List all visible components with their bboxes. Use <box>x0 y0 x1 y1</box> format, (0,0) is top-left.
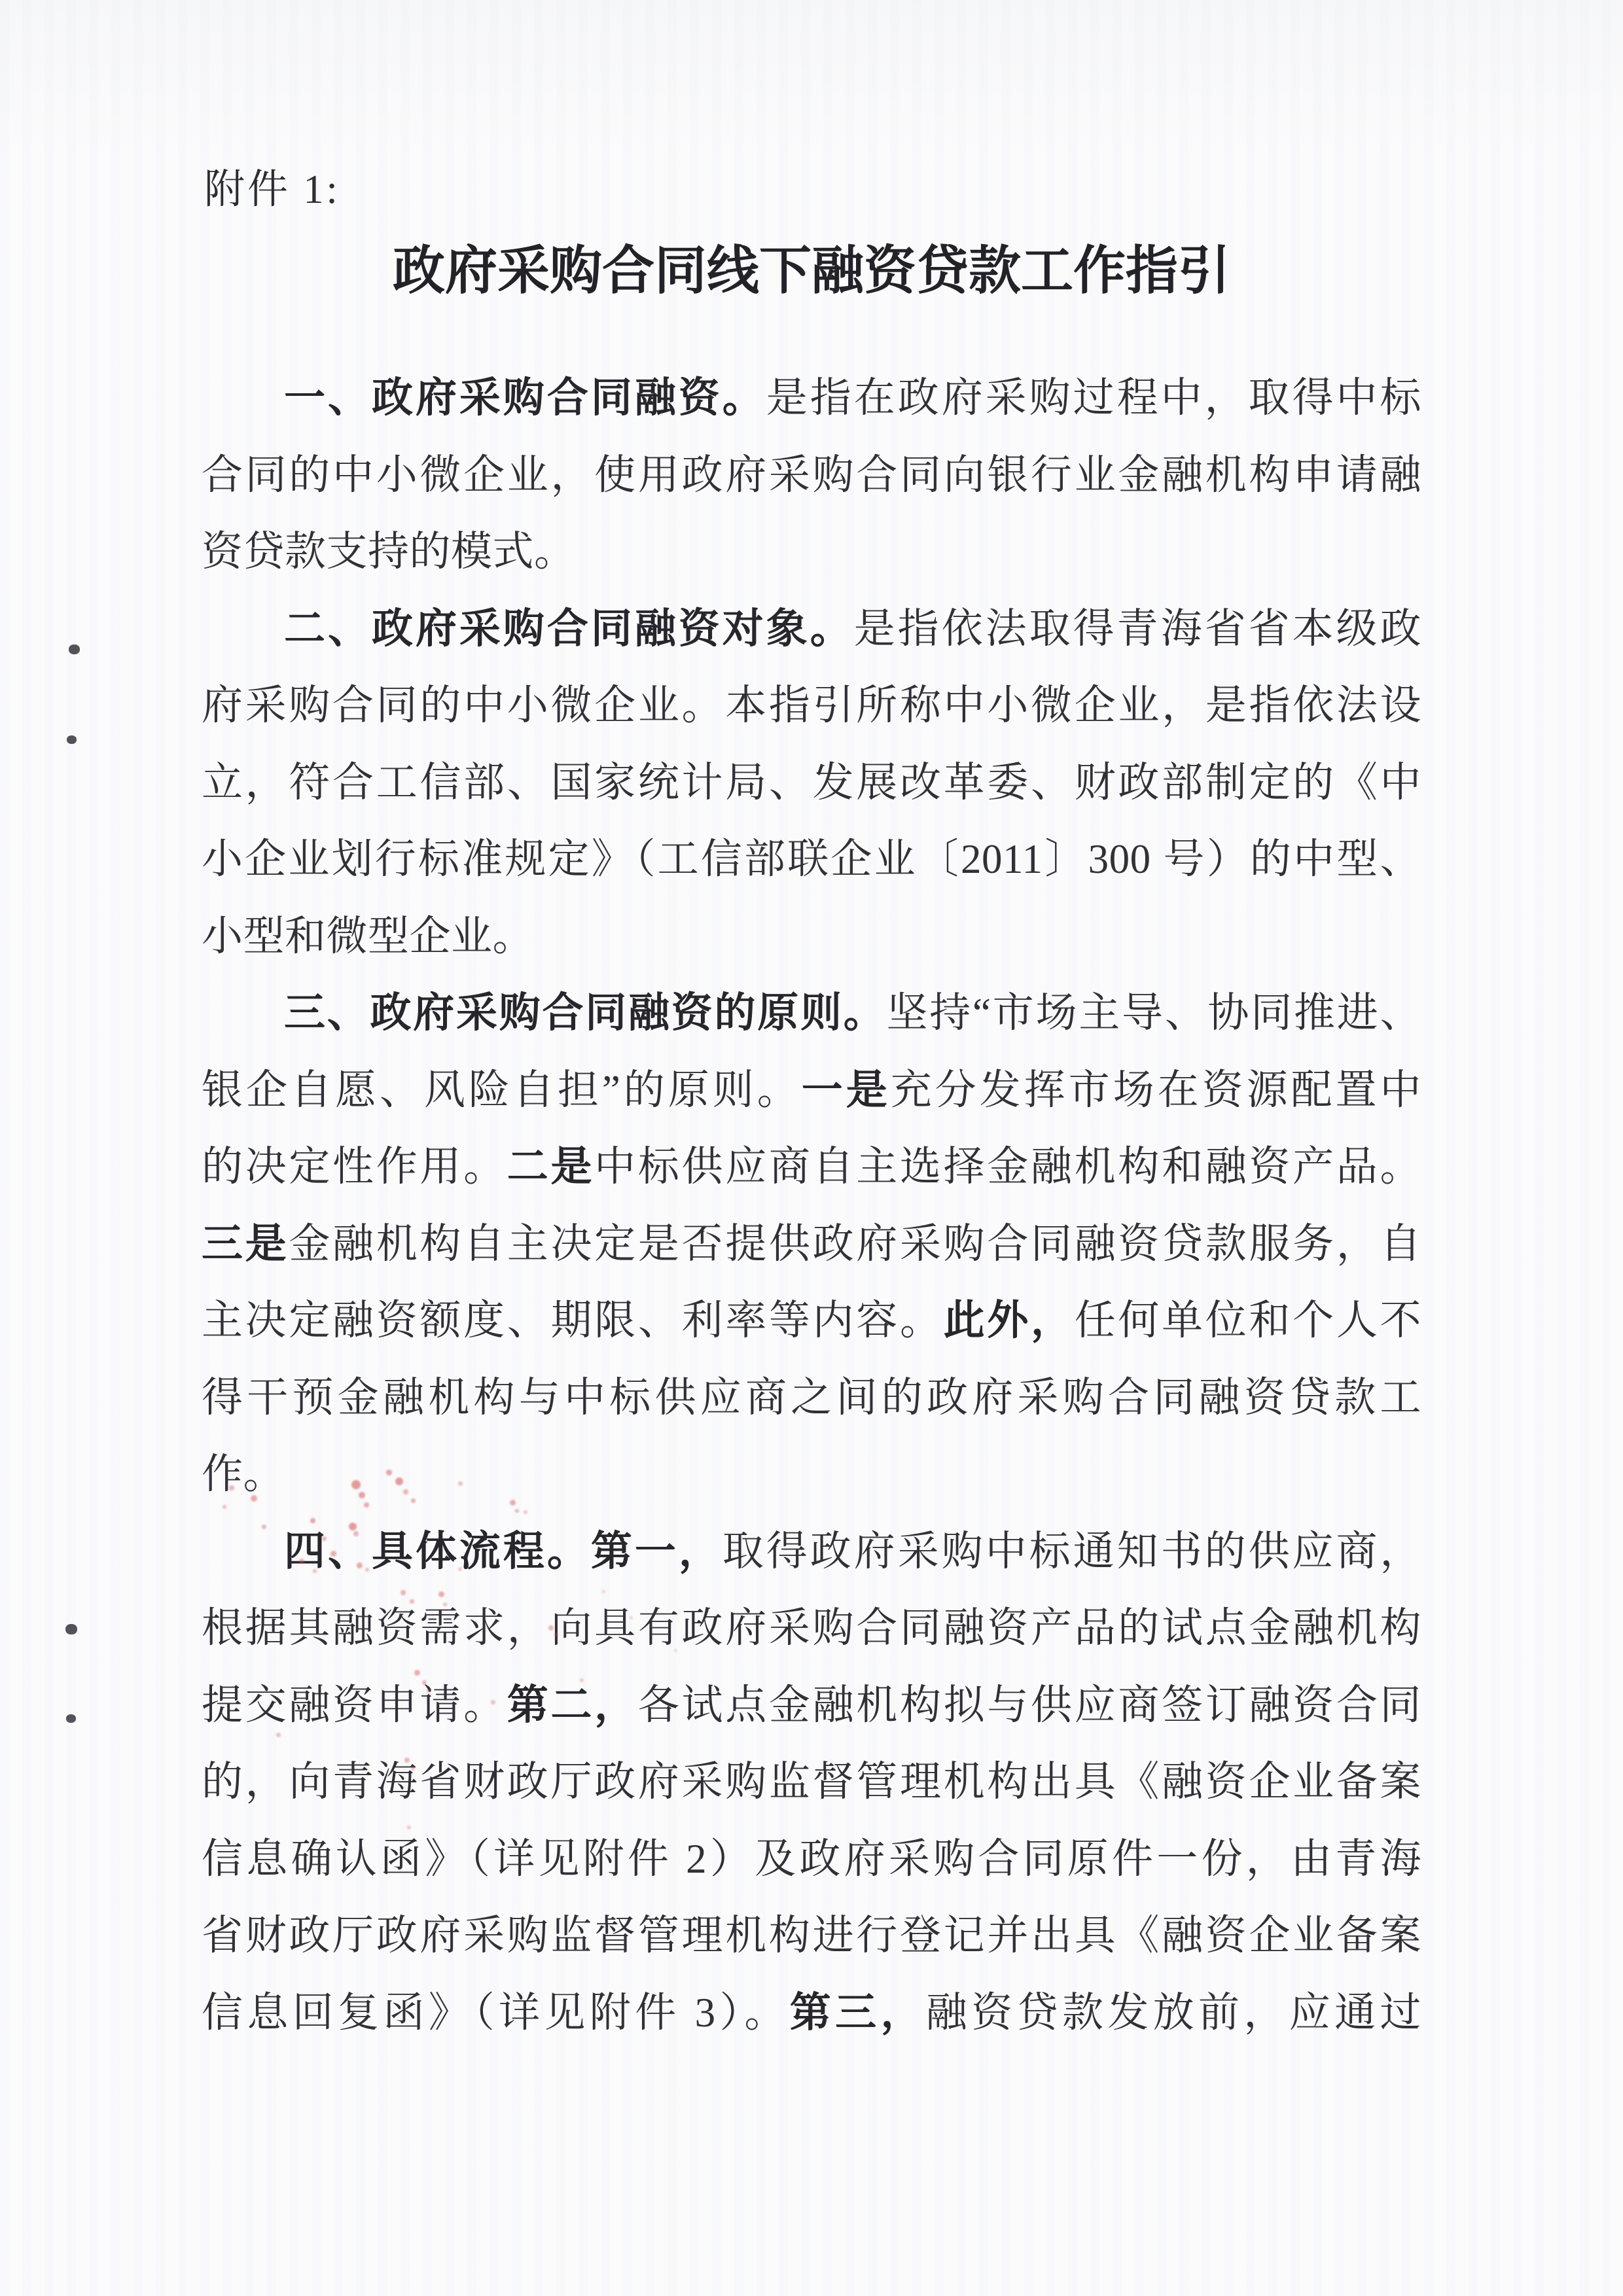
text-run: 作。 <box>202 1451 285 1497</box>
text-run: 信息回复函》（详见附件 3）。 <box>202 1990 790 2036</box>
text-run: 是指在政府采购过程中，取得中标 <box>766 375 1421 421</box>
text-run: 取得政府采购中标通知书的供应商， <box>722 1528 1421 1574</box>
document-title: 政府采购合同线下融资贷款工作指引 <box>0 237 1623 305</box>
scanned-document-page: 附件 1: 政府采购合同线下融资贷款工作指引 一、政府采购合同融资。是指在政府采… <box>0 0 1623 2296</box>
text-run: 得干预金融机构与中标供应商之间的政府采购合同融资贷款工 <box>202 1375 1421 1421</box>
text-line: 提交融资申请。第二，各试点金融机构拟与供应商签订融资合同 <box>202 1667 1421 1744</box>
bold-run: 第二， <box>507 1682 638 1728</box>
text-run: 提交融资申请。 <box>202 1682 507 1728</box>
text-line: 二、政府采购合同融资对象。是指依法取得青海省省本级政 <box>202 591 1421 668</box>
bold-run: 一、政府采购合同融资。 <box>284 375 766 421</box>
text-run: 根据其融资需求，向具有政府采购合同融资产品的试点金融机构 <box>202 1605 1421 1651</box>
text-line: 一、政府采购合同融资。是指在政府采购过程中，取得中标 <box>202 360 1421 437</box>
text-run: 是指依法取得青海省省本级政 <box>854 606 1421 652</box>
text-run: 合同的中小微企业，使用政府采购合同向银行业金融机构申请融 <box>202 452 1421 498</box>
text-line: 主决定融资额度、期限、利率等内容。此外，任何单位和个人不 <box>202 1282 1421 1360</box>
text-run: 充分发挥市场在资源配置中 <box>891 1067 1421 1113</box>
text-line: 三、政府采购合同融资的原则。坚持“市场主导、协同推进、 <box>202 975 1421 1052</box>
text-line: 立，符合工信部、国家统计局、发展改革委、财政部制定的《中 <box>202 745 1421 822</box>
text-run: 融资贷款发放前，应通过 <box>926 1990 1421 2036</box>
bold-run: 此外， <box>944 1298 1075 1343</box>
text-line: 省财政厅政府采购监督管理机构进行登记并出具《融资企业备案 <box>202 1898 1421 1975</box>
text-run: 省财政厅政府采购监督管理机构进行登记并出具《融资企业备案 <box>202 1913 1421 1958</box>
text-run: 坚持“市场主导、协同推进、 <box>887 990 1421 1036</box>
text-run: 资贷款支持的模式。 <box>202 529 576 574</box>
text-run: 银企自愿、风险自担”的原则。 <box>202 1067 802 1113</box>
bold-run: 第三， <box>790 1990 926 2036</box>
text-line: 资贷款支持的模式。 <box>202 514 1421 591</box>
text-run: 各试点金融机构拟与供应商签订融资合同 <box>638 1682 1421 1728</box>
text-line: 小企业划行标准规定》（工信部联企业〔2011〕300 号）的中型、 <box>202 821 1421 898</box>
attachment-label: 附件 1: <box>204 162 340 217</box>
bold-run: 二是 <box>507 1144 594 1190</box>
bold-run: 二、政府采购合同融资对象。 <box>284 606 854 652</box>
text-line: 作。 <box>202 1436 1421 1513</box>
text-line: 银企自愿、风险自担”的原则。一是充分发挥市场在资源配置中 <box>202 1052 1421 1129</box>
text-run: 立，符合工信部、国家统计局、发展改革委、财政部制定的《中 <box>202 760 1421 805</box>
text-line: 信息回复函》（详见附件 3）。第三，融资贷款发放前，应通过 <box>202 1975 1421 2052</box>
text-line: 得干预金融机构与中标供应商之间的政府采购合同融资贷款工 <box>202 1360 1421 1437</box>
text-line: 合同的中小微企业，使用政府采购合同向银行业金融机构申请融 <box>202 437 1421 514</box>
text-line: 三是金融机构自主决定是否提供政府采购合同融资贷款服务，自 <box>202 1206 1421 1283</box>
text-run: 主决定融资额度、期限、利率等内容。 <box>202 1298 944 1343</box>
bold-run: 三是 <box>202 1221 289 1267</box>
text-run: 小企业划行标准规定》（工信部联企业〔2011〕300 号）的中型、 <box>202 836 1421 882</box>
text-line: 的决定性作用。二是中标供应商自主选择金融机构和融资产品。 <box>202 1129 1421 1206</box>
bold-run: 一是 <box>802 1067 891 1113</box>
text-line: 信息确认函》（详见附件 2）及政府采购合同原件一份，由青海 <box>202 1821 1421 1898</box>
text-run: 任何单位和个人不 <box>1075 1298 1421 1343</box>
text-run: 中标供应商自主选择金融机构和融资产品。 <box>594 1144 1421 1190</box>
bold-run: 三、政府采购合同融资的原则。 <box>284 990 887 1036</box>
body-text: 一、政府采购合同融资。是指在政府采购过程中，取得中标合同的中小微企业，使用政府采… <box>202 360 1421 2051</box>
text-run: 小型和微型企业。 <box>202 913 534 959</box>
text-line: 府采购合同的中小微企业。本指引所称中小微企业，是指依法设 <box>202 667 1421 745</box>
text-run: 信息确认函》（详见附件 2）及政府采购合同原件一份，由青海 <box>202 1836 1421 1882</box>
text-line: 的，向青海省财政厅政府采购监督管理机构出具《融资企业备案 <box>202 1744 1421 1821</box>
text-run: 的决定性作用。 <box>202 1144 507 1190</box>
text-run: 府采购合同的中小微企业。本指引所称中小微企业，是指依法设 <box>202 682 1421 728</box>
text-line: 小型和微型企业。 <box>202 898 1421 976</box>
text-line: 根据其融资需求，向具有政府采购合同融资产品的试点金融机构 <box>202 1590 1421 1667</box>
bold-run: 四、具体流程。第一， <box>284 1528 722 1574</box>
text-line: 四、具体流程。第一，取得政府采购中标通知书的供应商， <box>202 1513 1421 1591</box>
text-run: 的，向青海省财政厅政府采购监督管理机构出具《融资企业备案 <box>202 1759 1421 1805</box>
text-run: 金融机构自主决定是否提供政府采购合同融资贷款服务，自 <box>289 1221 1421 1267</box>
